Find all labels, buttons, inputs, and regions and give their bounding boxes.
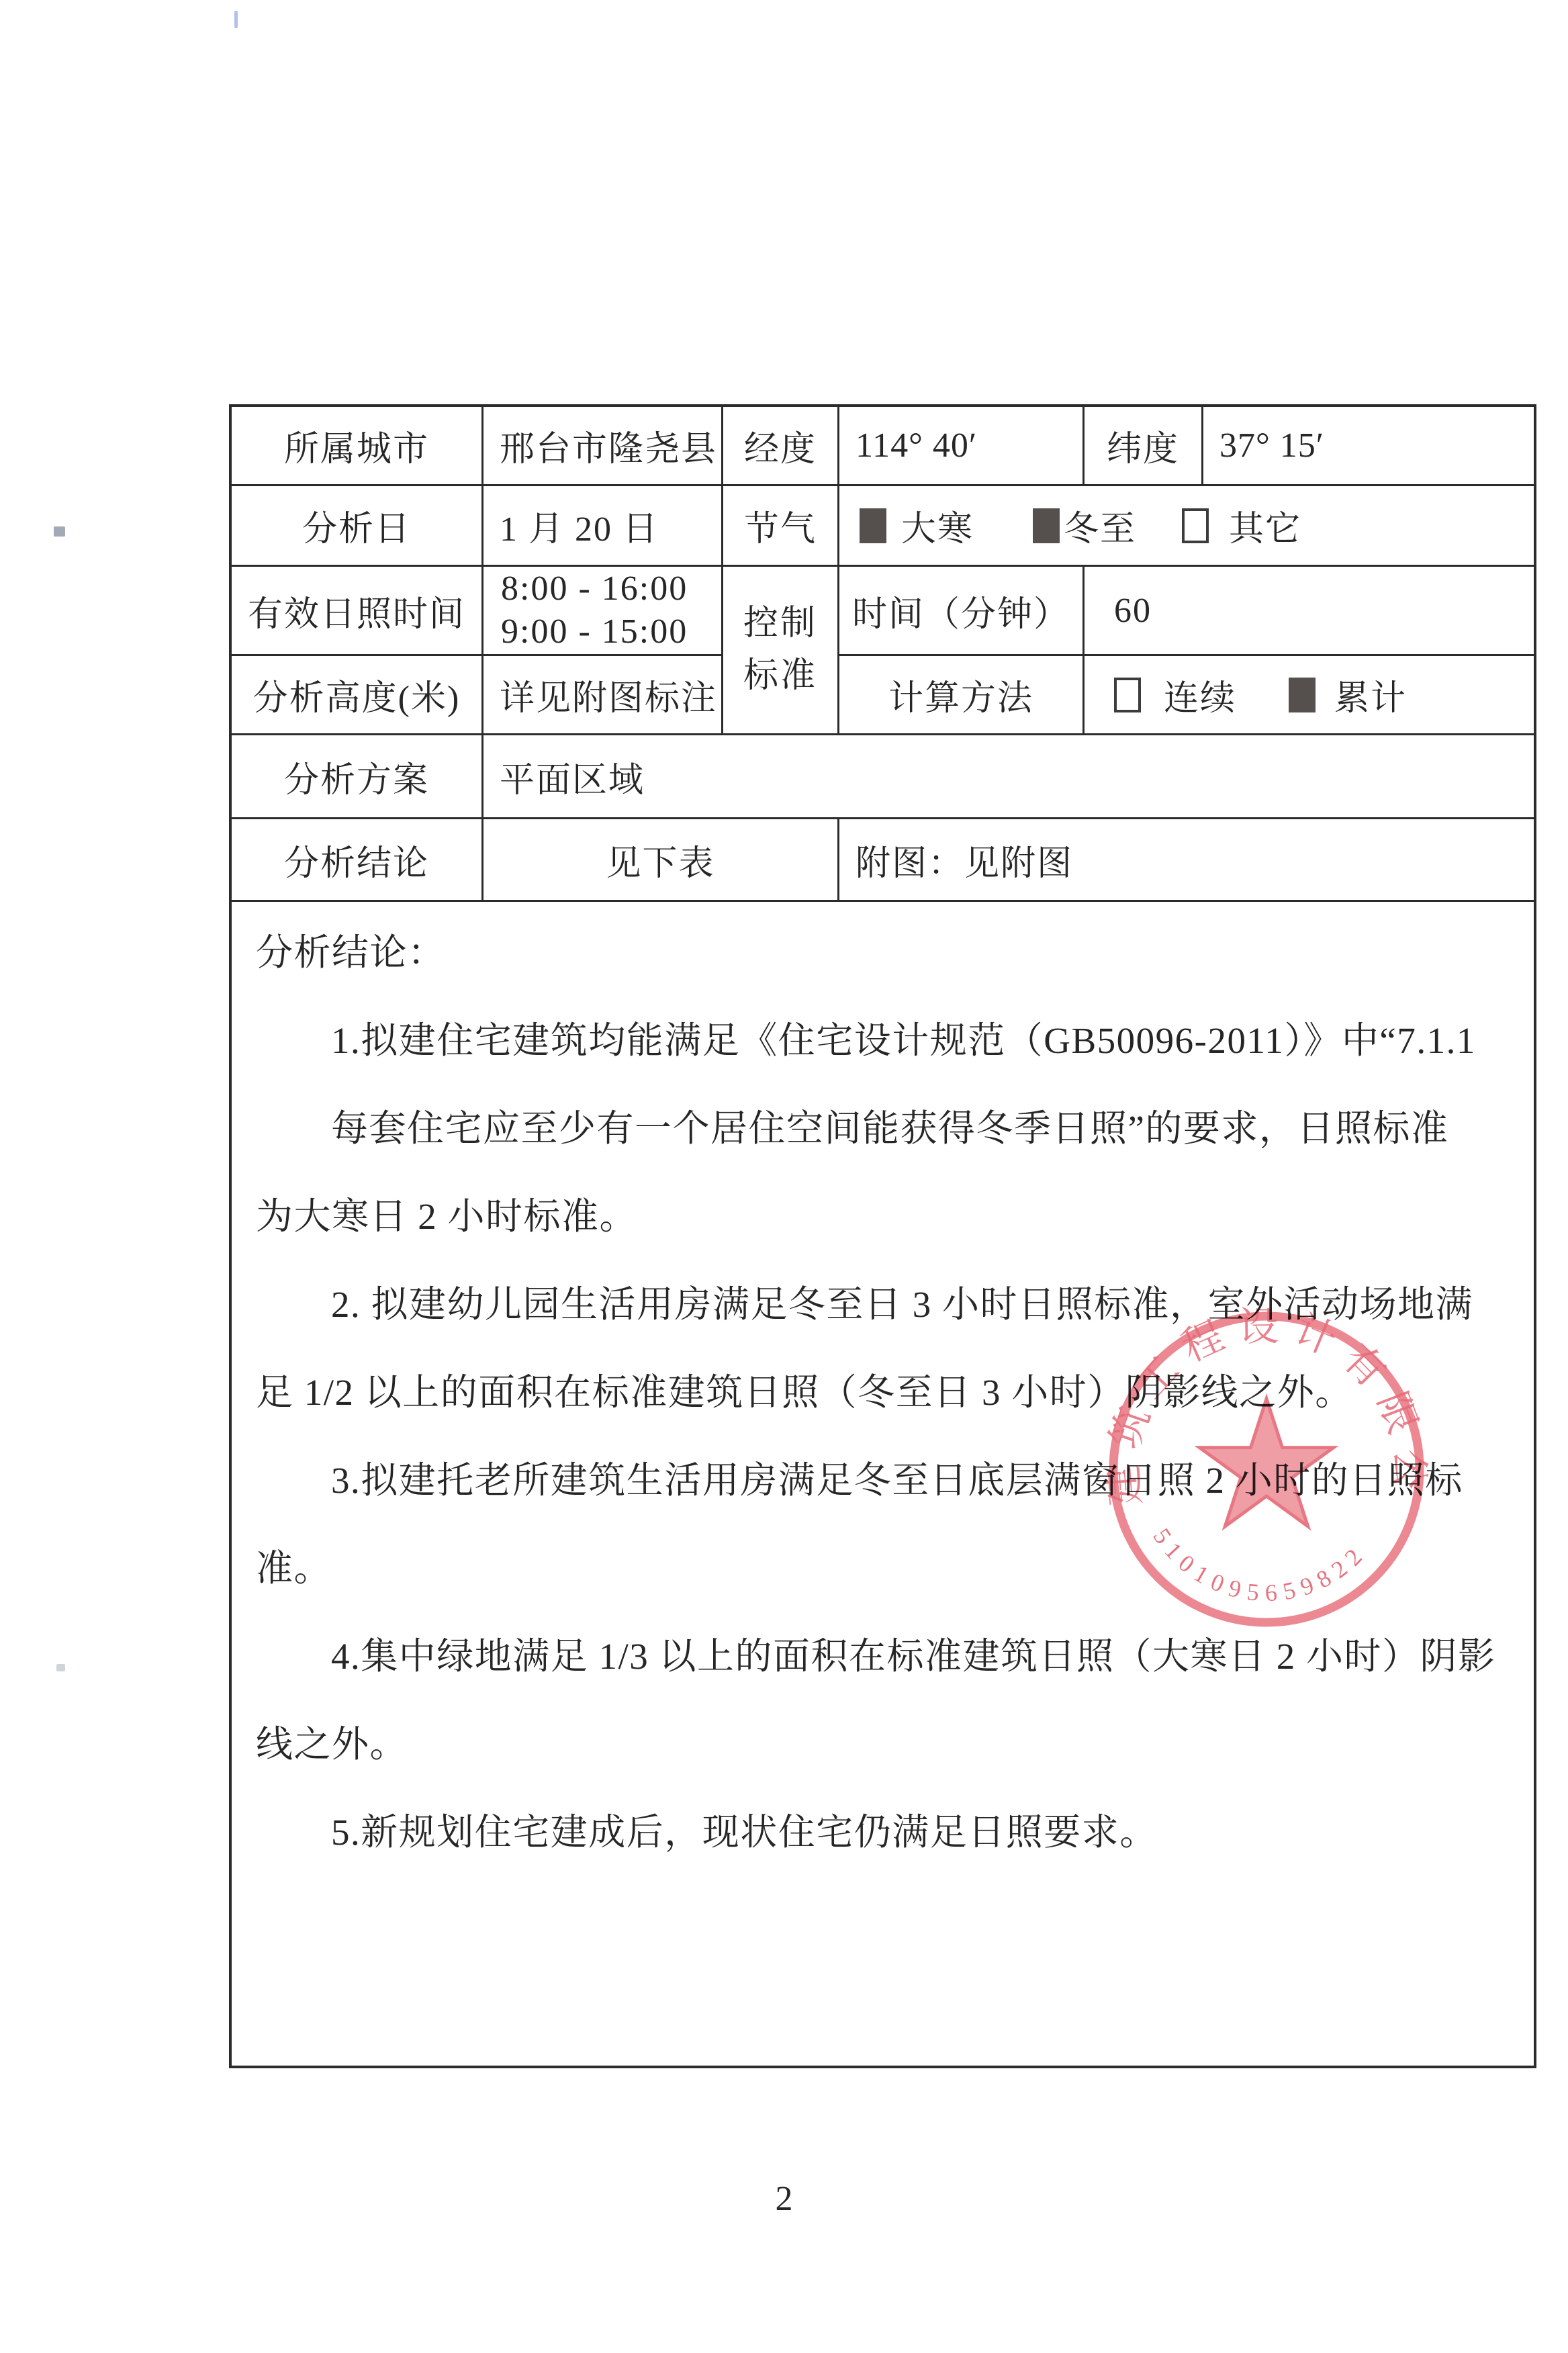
value-effective-sunshine-time: 8:00 - 16:00 9:00 - 15:00: [483, 567, 723, 656]
scan-artifact: [54, 526, 65, 537]
conclusion-line: 3.拟建托老所建筑生活用房满足冬至日底层满窗日照 2 小时的日照标: [256, 1436, 1510, 1524]
label-time-minutes: 时间（分钟）: [839, 567, 1085, 656]
scan-artifact: [234, 11, 238, 28]
checkbox-cumulative-checked: [1289, 678, 1316, 712]
scan-artifact: [56, 1664, 65, 1671]
label-analysis-conclusion: 分析结论: [232, 819, 483, 902]
page-number: 2: [0, 2179, 1568, 2219]
label-latitude: 纬度: [1085, 407, 1203, 486]
value-longitude: 114° 40′: [839, 407, 1085, 486]
conclusion-line: 1.拟建住宅建筑均能满足《住宅设计规范（GB50096-2011）》中“7.1.…: [256, 997, 1510, 1085]
conclusion-line: 线之外。: [256, 1700, 1510, 1788]
label-analysis-day: 分析日: [232, 486, 483, 567]
checkbox-dahan-label: 大寒: [901, 500, 974, 551]
label-analysis-scheme: 分析方案: [232, 735, 483, 819]
label-city-text: 所属城市: [284, 420, 429, 471]
label-analysis-height: 分析高度(米): [232, 656, 483, 735]
sunshine-analysis-table: 所属城市 邢台市隆尧县 经度 114° 40′ 纬度 37° 15′ 分析日 1…: [229, 404, 1536, 2068]
checkbox-other-unchecked: [1182, 508, 1209, 543]
time-range-2: 9:00 - 15:00: [501, 610, 688, 653]
calc-method-options: 连续 累计: [1085, 656, 1534, 735]
conclusion-line: 为大寒日 2 小时标准。: [256, 1172, 1510, 1260]
value-analysis-height: 详见附图标注: [483, 656, 723, 735]
value-attachment: 附图：见附图: [839, 819, 1534, 902]
label-solar-term: 节气: [723, 486, 839, 567]
conclusion-line: 4.集中绿地满足 1/3 以上的面积在标准建筑日照（大寒日 2 小时）阴影: [256, 1612, 1510, 1700]
value-city-text: 邢台市隆尧县: [500, 420, 717, 471]
label-control-standard: 控制 标准: [723, 567, 839, 735]
value-analysis-scheme: 平面区域: [483, 735, 1534, 819]
conclusion-heading: 分析结论：: [256, 909, 1510, 997]
checkbox-dongzhi-checked: [1033, 508, 1060, 543]
solar-term-options: 大寒 冬至 其它: [839, 486, 1534, 567]
label-effective-sunshine-time: 有效日照时间: [232, 567, 483, 656]
value-latitude: 37° 15′: [1203, 407, 1534, 486]
label-city: 所属城市: [232, 407, 483, 486]
checkbox-dongzhi-label: 冬至: [1064, 500, 1136, 551]
checkbox-dahan-checked: [860, 508, 886, 543]
value-analysis-conclusion: 见下表: [483, 819, 839, 902]
conclusion-line: 2. 拟建幼儿园生活用房满足冬至日 3 小时日照标准，室外活动场地满: [256, 1260, 1510, 1348]
checkbox-continuous-label: 连续: [1164, 670, 1236, 720]
conclusion-line: 5.新规划住宅建成后，现状住宅仍满足日照要求。: [256, 1788, 1510, 1876]
value-analysis-day: 1 月 20 日: [483, 486, 723, 567]
conclusion-line: 足 1/2 以上的面积在标准建筑日照（冬至日 3 小时）阴影线之外。: [256, 1348, 1510, 1436]
checkbox-other-label: 其它: [1229, 500, 1301, 551]
scanned-document-page: 所属城市 邢台市隆尧县 经度 114° 40′ 纬度 37° 15′ 分析日 1…: [0, 0, 1568, 2353]
value-time-minutes: 60: [1085, 567, 1534, 656]
checkbox-cumulative-label: 累计: [1334, 670, 1407, 720]
conclusion-line: 准。: [256, 1524, 1510, 1612]
label-longitude: 经度: [723, 407, 839, 486]
conclusion-text-block: 分析结论： 1.拟建住宅建筑均能满足《住宅设计规范（GB50096-2011）》…: [232, 902, 1534, 2066]
checkbox-continuous-unchecked: [1114, 678, 1141, 712]
conclusion-line: 每套住宅应至少有一个居住空间能获得冬季日照”的要求，日照标准: [256, 1085, 1510, 1172]
label-calc-method: 计算方法: [839, 656, 1085, 735]
value-city: 邢台市隆尧县: [483, 407, 723, 486]
time-range-1: 8:00 - 16:00: [501, 567, 688, 610]
